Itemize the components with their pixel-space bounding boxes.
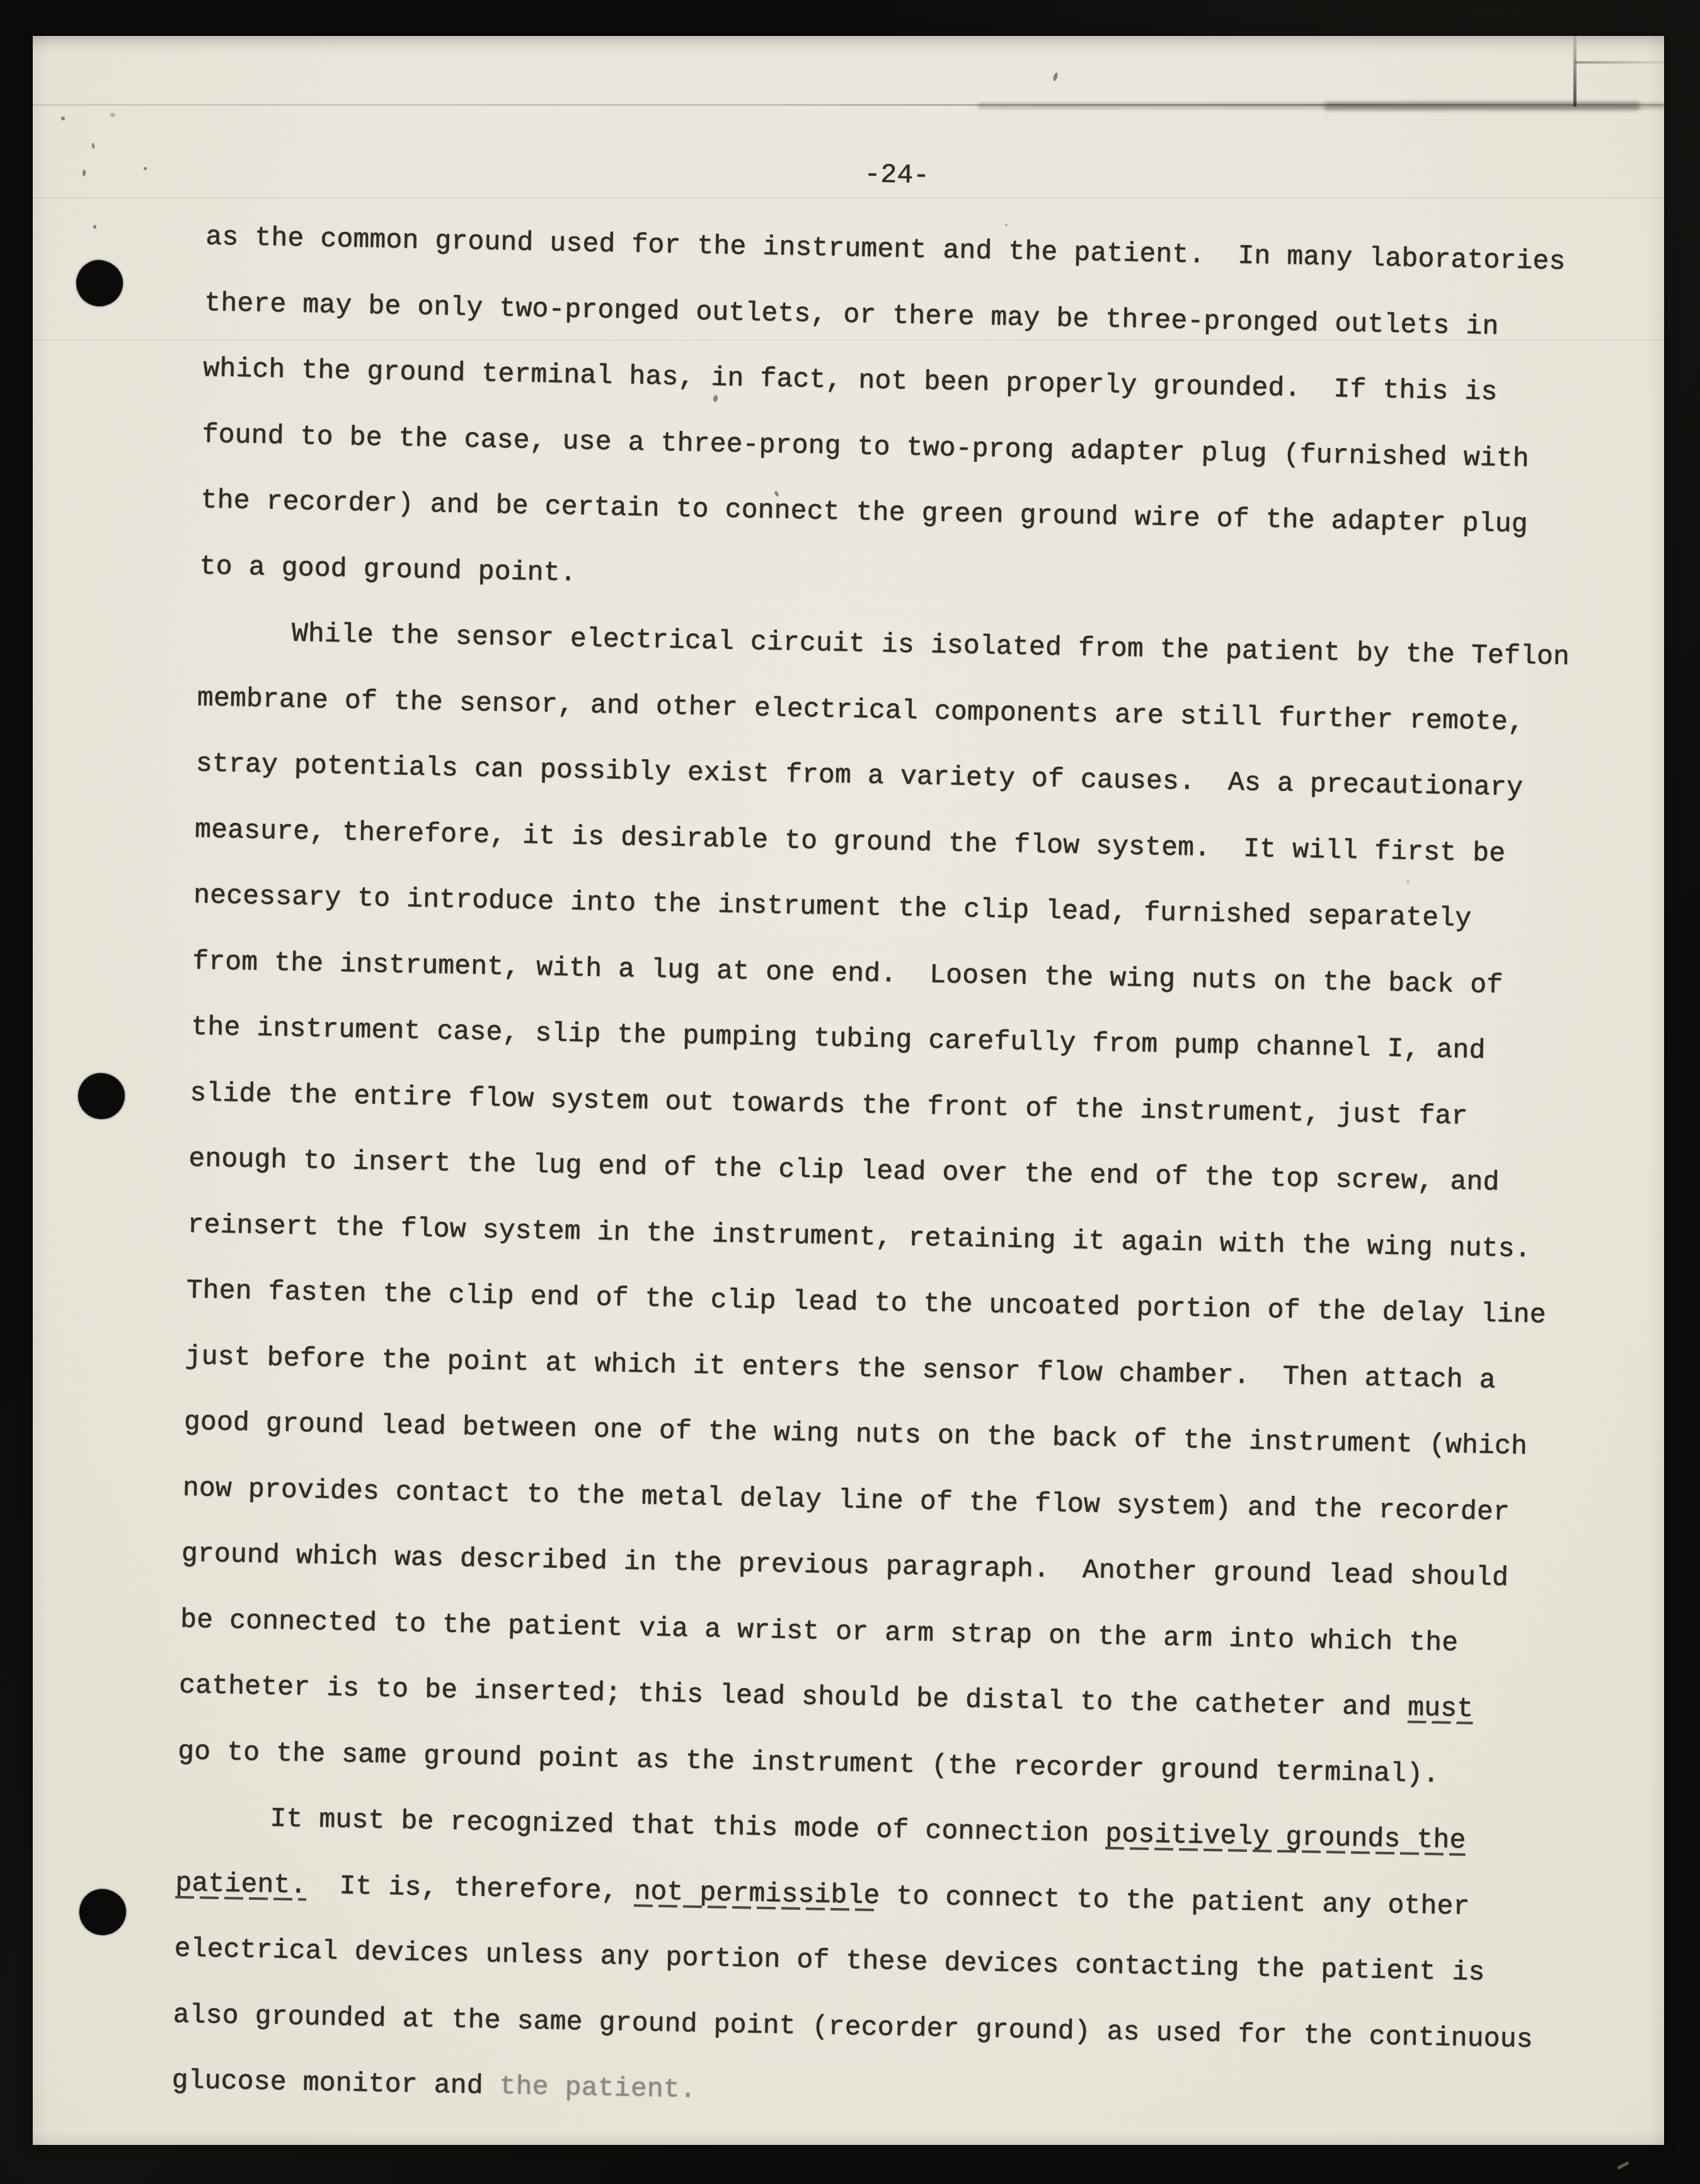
typewritten-text-block: -24- as the common ground used for the i… bbox=[171, 139, 1587, 2161]
text-segment: electrical devices unless any portion of… bbox=[174, 1933, 1485, 1988]
scan-debris-mark bbox=[1617, 2161, 1629, 2170]
text-segment: there may be only two-pronged outlets, o… bbox=[204, 287, 1499, 342]
scan-smudge-dark bbox=[1324, 102, 1640, 110]
text-segment: as the common ground used for the instru… bbox=[205, 221, 1566, 277]
text-segment: measure, therefore, it is desirable to g… bbox=[195, 814, 1506, 869]
text-segment: which the ground terminal has, in fact, … bbox=[203, 353, 1498, 408]
ink-speck bbox=[91, 143, 95, 149]
underlined-text: not permissible bbox=[634, 1876, 880, 1911]
underlined-text: positively grounds the bbox=[1105, 1819, 1466, 1856]
text-segment: membrane of the sensor, and other electr… bbox=[197, 682, 1525, 738]
text-segment: Then fasten the clip end of the clip lea… bbox=[186, 1275, 1546, 1331]
paragraph: While the sensor electrical circuit is i… bbox=[177, 599, 1578, 1810]
text-segment: from the instrument, with a lug at one e… bbox=[192, 945, 1503, 1000]
text-segment: enough to insert the lug end of the clip… bbox=[188, 1143, 1500, 1198]
underlined-text: must bbox=[1408, 1693, 1474, 1725]
text-segment: It must be recognized that this mode of … bbox=[270, 1803, 1106, 1849]
text-segment: good ground lead between one of the wing… bbox=[183, 1406, 1527, 1462]
text-segment: the recorder) and be certain to connect … bbox=[200, 485, 1528, 540]
text-segment: While the sensor electrical circuit is i… bbox=[291, 618, 1570, 672]
text-segment: slide the entire flow system out towards… bbox=[190, 1077, 1468, 1131]
text-segment: to a good ground point. bbox=[199, 551, 577, 589]
ink-speck bbox=[83, 170, 86, 176]
text-segment: catheter is to be inserted; this lead sh… bbox=[179, 1670, 1408, 1723]
text-segment: to connect to the patient any other bbox=[880, 1880, 1470, 1922]
document-body: as the common ground used for the instru… bbox=[171, 204, 1586, 2139]
text-segment: now provides contact to the metal delay … bbox=[183, 1472, 1510, 1527]
corner-mark-vertical bbox=[1573, 36, 1577, 106]
text-segment: the instrument case, slip the pumping tu… bbox=[191, 1011, 1486, 1066]
ink-speck bbox=[144, 167, 147, 170]
text-segment: reinsert the flow system in the instrume… bbox=[187, 1209, 1531, 1264]
hole-punch bbox=[78, 1073, 125, 1119]
text-segment: also grounded at the same ground point (… bbox=[173, 1999, 1533, 2055]
page-number: -24- bbox=[207, 139, 1587, 212]
ink-speck bbox=[61, 117, 65, 120]
corner-mark-horizontal bbox=[1575, 61, 1664, 64]
text-segment: necessary to introduce into the instrume… bbox=[193, 880, 1472, 934]
hole-punch bbox=[73, 257, 125, 309]
text-segment: found to be the case, use a three-prong … bbox=[202, 419, 1529, 474]
ink-speck bbox=[1052, 72, 1059, 81]
text-segment: It is, therefore, bbox=[306, 1870, 635, 1907]
text-segment: ground which was described in the previo… bbox=[181, 1538, 1509, 1594]
hole-punch bbox=[77, 1887, 128, 1937]
ink-speck bbox=[110, 113, 115, 117]
text-segment: just before the point at which it enters… bbox=[185, 1340, 1496, 1395]
ink-speck bbox=[93, 225, 96, 229]
paragraph: as the common ground used for the instru… bbox=[199, 204, 1586, 624]
paragraph: It must be recognized that this mode of … bbox=[171, 1785, 1557, 2139]
faded-text: the patient. bbox=[499, 2071, 696, 2105]
text-segment: go to the same ground point as the instr… bbox=[178, 1735, 1440, 1790]
text-segment: be connected to the patient via a wrist … bbox=[180, 1604, 1459, 1658]
underlined-text: patient. bbox=[175, 1867, 307, 1900]
scanner-background: -24- as the common ground used for the i… bbox=[0, 0, 1700, 2184]
text-segment: stray potentials can possibly exist from… bbox=[196, 748, 1524, 803]
text-segment: glucose monitor and bbox=[171, 2065, 500, 2102]
document-page: -24- as the common ground used for the i… bbox=[33, 36, 1664, 2145]
